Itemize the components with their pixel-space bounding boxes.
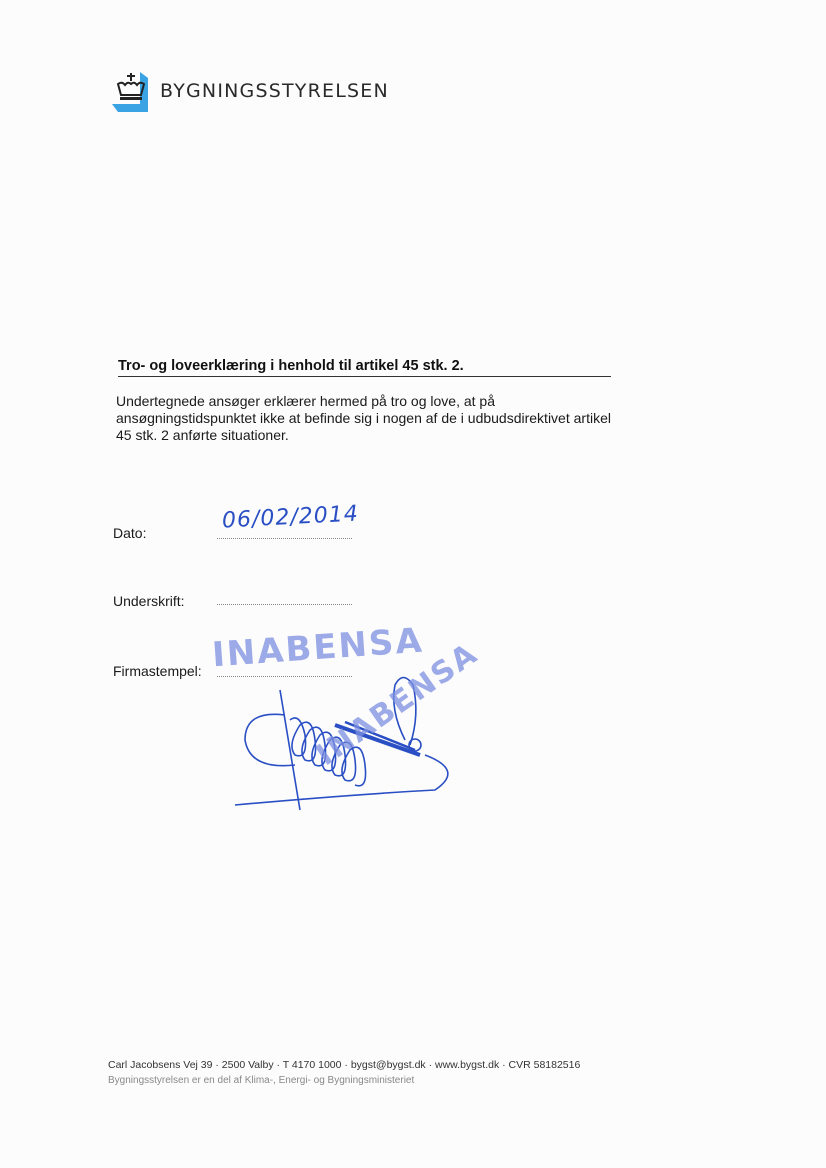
date-value: 06/02/2014 <box>221 501 359 533</box>
footer-address: Carl Jacobsens Vej 39 · 2500 Valby · T 4… <box>108 1059 580 1071</box>
footer-ministry: Bygningsstyrelsen er en del af Klima-, E… <box>108 1075 414 1086</box>
header-logo: BYGNINGSSTYRELSEN <box>110 70 389 112</box>
document-heading: Tro- og loveerklæring i henhold til arti… <box>118 358 611 377</box>
crown-icon <box>110 70 152 112</box>
signature-line <box>217 604 352 605</box>
stamp-label: Firmastempel: <box>113 663 202 679</box>
organization-name: BYGNINGSSTYRELSEN <box>160 80 389 102</box>
declaration-text: Undertegnede ansøger erklærer hermed på … <box>116 393 616 444</box>
signature-label: Underskrift: <box>113 593 185 609</box>
company-stamp: INABENSA <box>211 621 425 676</box>
date-line <box>217 538 352 539</box>
date-label: Dato: <box>113 525 146 541</box>
